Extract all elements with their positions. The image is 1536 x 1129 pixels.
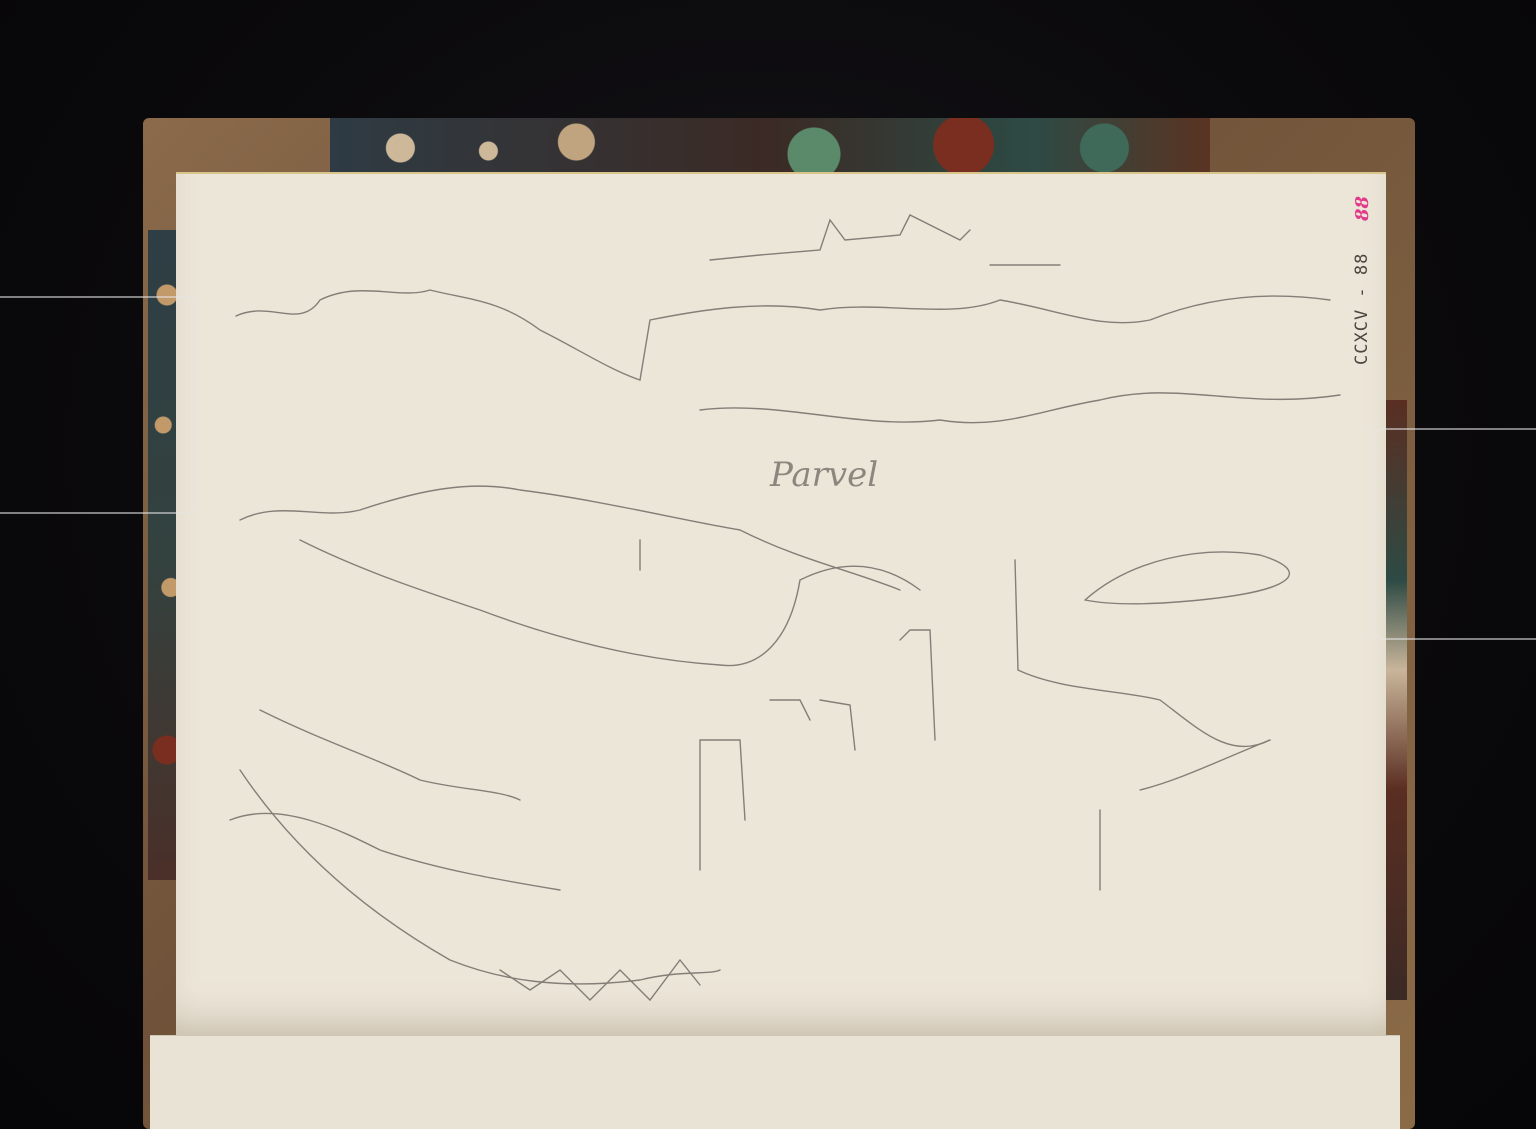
facing-page-bottom [150, 1035, 1400, 1129]
pink-page-number: 88 [1352, 196, 1373, 221]
catalogue-label: CCXCV - 88 [1352, 253, 1372, 365]
plastic-clip-left [0, 296, 198, 514]
pencil-sketch-lines [0, 0, 1536, 1129]
plastic-clip-right [1372, 428, 1536, 640]
pencil-inscription: Parvel [770, 455, 878, 495]
